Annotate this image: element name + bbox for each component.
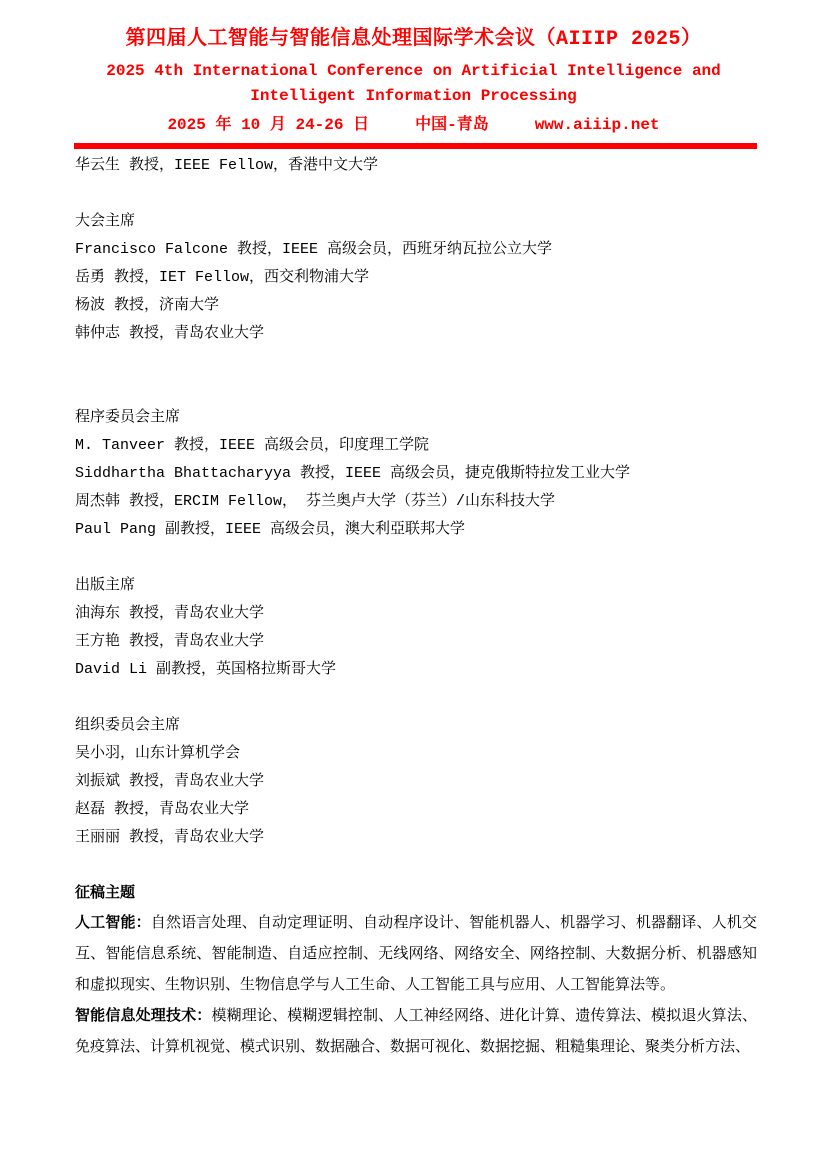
header-divider-rule — [74, 143, 757, 149]
committee-section-heading: 大会主席 — [75, 208, 757, 236]
committee-member-line: 刘振斌 教授，青岛农业大学 — [75, 768, 757, 796]
committee-member-line: 王方艳 教授，青岛农业大学 — [75, 628, 757, 656]
topic-paragraph-iip: 智能信息处理技术：模糊理论、模糊逻辑控制、人工神经网络、进化计算、遗传算法、模拟… — [75, 1001, 757, 1063]
conference-website-link[interactable]: www.aiiip.net — [535, 112, 660, 138]
conference-meta-line: 2025 年 10 月 24-26 日 中国-青岛 www.aiiip.net — [0, 112, 827, 138]
topics-heading: 征稿主题 — [75, 880, 757, 908]
committee-member-line: David Li 副教授，英国格拉斯哥大学 — [75, 656, 757, 684]
committee-section: 组织委员会主席吴小羽，山东计算机学会刘振斌 教授，青岛农业大学赵磊 教授，青岛农… — [75, 712, 757, 852]
committee-member-line: 赵磊 教授，青岛农业大学 — [75, 796, 757, 824]
topic-label-ai: 人工智能： — [75, 915, 151, 932]
call-for-papers-topics: 征稿主题 人工智能：自然语言处理、自动定理证明、自动程序设计、智能机器人、机器学… — [75, 880, 757, 1063]
committee-member-line: 杨波 教授，济南大学 — [75, 292, 757, 320]
committee-section-heading: 组织委员会主席 — [75, 712, 757, 740]
committee-member-line: Paul Pang 副教授，IEEE 高级会员，澳大利亞联邦大学 — [75, 516, 757, 544]
committee-section: 大会主席Francisco Falcone 教授，IEEE 高级会员，西班牙纳瓦… — [75, 208, 757, 348]
committee-member-line: 岳勇 教授，IET Fellow，西交利物浦大学 — [75, 264, 757, 292]
conference-location: 中国-青岛 — [415, 112, 489, 138]
conference-header: 第四届人工智能与智能信息处理国际学术会议（AIIIP 2025） 2025 4t… — [0, 0, 827, 149]
committee-member-line: Siddhartha Bhattacharyya 教授，IEEE 高级会员，捷克… — [75, 460, 757, 488]
committee-section-heading: 程序委员会主席 — [75, 404, 757, 432]
committee-member-line: Francisco Falcone 教授，IEEE 高级会员，西班牙纳瓦拉公立大… — [75, 236, 757, 264]
conference-title-en-line1: 2025 4th International Conference on Art… — [0, 59, 827, 84]
committee-member-line: M. Tanveer 教授，IEEE 高级会员，印度理工学院 — [75, 432, 757, 460]
conference-date: 2025 年 10 月 24-26 日 — [167, 112, 369, 138]
committee-member-line: 周杰韩 教授，ERCIM Fellow， 芬兰奥卢大学（芬兰）/山东科技大学 — [75, 488, 757, 516]
committee-member-line: 韩仲志 教授，青岛农业大学 — [75, 320, 757, 348]
committee-member-line: 油海东 教授，青岛农业大学 — [75, 600, 757, 628]
committee-section: 程序委员会主席M. Tanveer 教授，IEEE 高级会员，印度理工学院Sid… — [75, 404, 757, 544]
committee-section-heading: 出版主席 — [75, 572, 757, 600]
topic-paragraph-ai: 人工智能：自然语言处理、自动定理证明、自动程序设计、智能机器人、机器学习、机器翻… — [75, 908, 757, 1001]
conference-title-en-line2: Intelligent Information Processing — [0, 84, 827, 109]
document-content: 华云生 教授，IEEE Fellow，香港中文大学 大会主席Francisco … — [0, 152, 827, 1063]
committee-member-line: 王丽丽 教授，青岛农业大学 — [75, 824, 757, 852]
committee-sections: 大会主席Francisco Falcone 教授，IEEE 高级会员，西班牙纳瓦… — [75, 208, 757, 852]
document-page: 第四届人工智能与智能信息处理国际学术会议（AIIIP 2025） 2025 4t… — [0, 0, 827, 1169]
topic-text-ai: 自然语言处理、自动定理证明、自动程序设计、智能机器人、机器学习、机器翻译、人机交… — [75, 915, 757, 994]
committee-section: 出版主席油海东 教授，青岛农业大学王方艳 教授，青岛农业大学David Li 副… — [75, 572, 757, 684]
honorary-chair-line: 华云生 教授，IEEE Fellow，香港中文大学 — [75, 152, 757, 180]
topic-label-iip: 智能信息处理技术： — [75, 1008, 211, 1025]
committee-member-line: 吴小羽，山东计算机学会 — [75, 740, 757, 768]
conference-title-zh: 第四届人工智能与智能信息处理国际学术会议（AIIIP 2025） — [0, 26, 827, 54]
